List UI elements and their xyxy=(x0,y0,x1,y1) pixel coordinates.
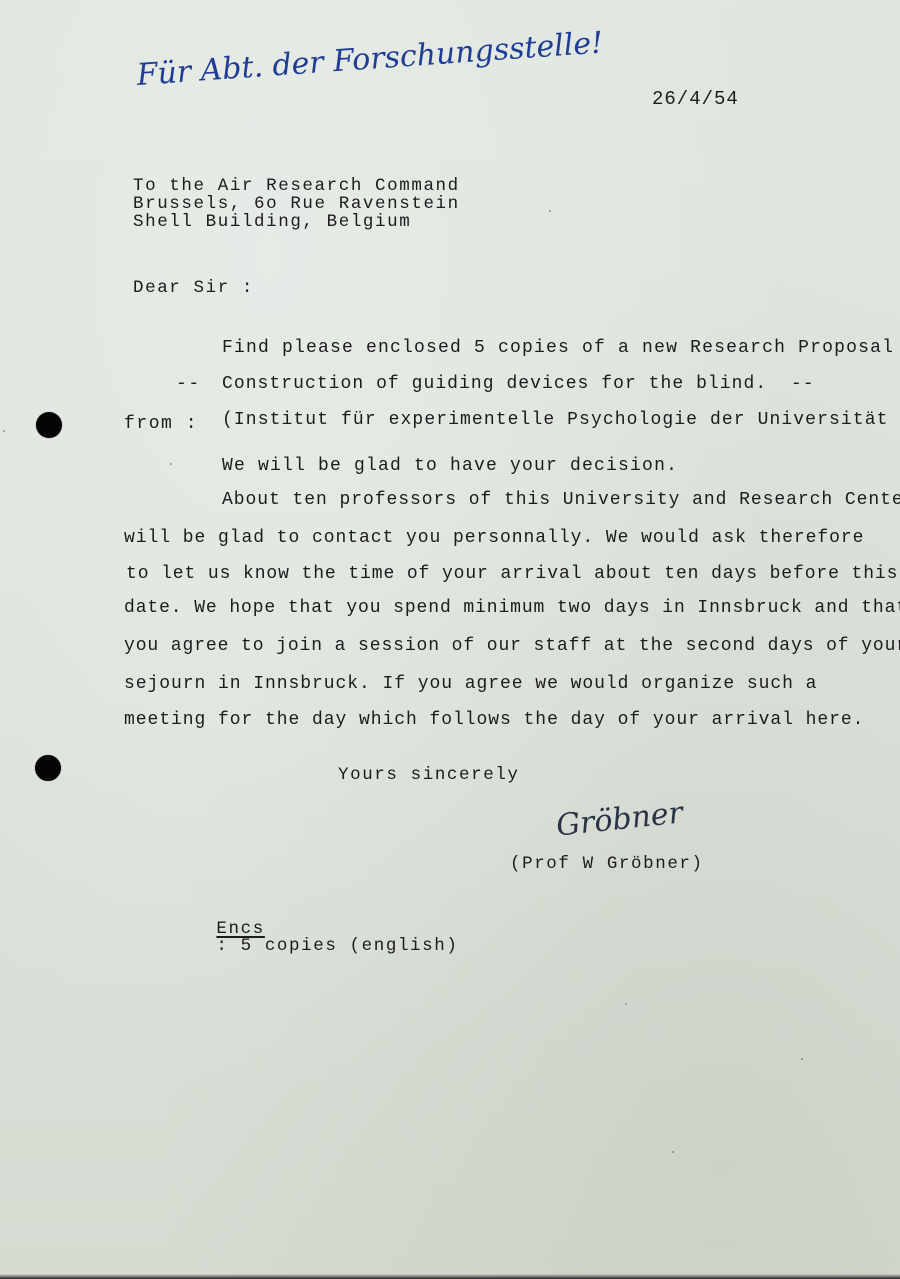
signatory-name: (Prof W Gröbner) xyxy=(510,856,704,874)
letter-date: 26/4/54 xyxy=(652,90,739,109)
recipient-line-3: Shell Building, Belgium xyxy=(133,214,411,232)
from-label: from : xyxy=(124,415,198,433)
paper-speck xyxy=(170,463,172,465)
proposal-title: Construction of guiding devices for the … xyxy=(222,375,815,393)
paragraph-line-1: About ten professors of this University … xyxy=(222,491,900,509)
proposal-dash-left: -- xyxy=(176,375,201,393)
paragraph-line-7: meeting for the day which follows the da… xyxy=(124,711,864,729)
punch-hole-bottom xyxy=(35,755,61,781)
enclosures-value: : 5 copies (english) xyxy=(216,936,458,956)
paragraph-line-5: you agree to join a session of our staff… xyxy=(124,637,900,655)
enclosures: Encs : 5 copies (english) xyxy=(168,903,458,973)
handwritten-annotation: Für Abt. der Forschungsstelle! xyxy=(136,25,605,93)
letter-paper: Für Abt. der Forschungsstelle! 26/4/54 T… xyxy=(0,0,900,1279)
paragraph-line-2: will be glad to contact you personnally.… xyxy=(124,529,864,547)
paragraph-line-6: sejourn in Innsbruck. If you agree we wo… xyxy=(124,675,817,693)
handwritten-signature: Gröbner xyxy=(555,795,685,843)
paragraph-line-3: to let us know the time of your arrival … xyxy=(126,565,898,583)
from-institute: (Institut für experimentelle Psychologie… xyxy=(222,411,900,429)
paragraph-line-4: date. We hope that you spend minimum two… xyxy=(124,599,900,617)
scan-bottom-edge xyxy=(0,1274,900,1279)
paper-speck xyxy=(549,210,551,212)
recipient-line-2: Brussels, 6o Rue Ravenstein xyxy=(133,196,460,214)
paper-speck xyxy=(625,1003,627,1005)
paper-speck xyxy=(3,430,5,432)
salutation: Dear Sir : xyxy=(133,280,254,298)
punch-hole-top xyxy=(36,412,62,438)
paper-speck xyxy=(672,1151,674,1153)
closing: Yours sincerely xyxy=(338,767,520,785)
recipient-line-1: To the Air Research Command xyxy=(133,178,460,196)
paper-speck xyxy=(801,1058,803,1060)
intro-line: Find please enclosed 5 copies of a new R… xyxy=(222,339,900,357)
decision-line: We will be glad to have your decision. xyxy=(222,457,678,475)
